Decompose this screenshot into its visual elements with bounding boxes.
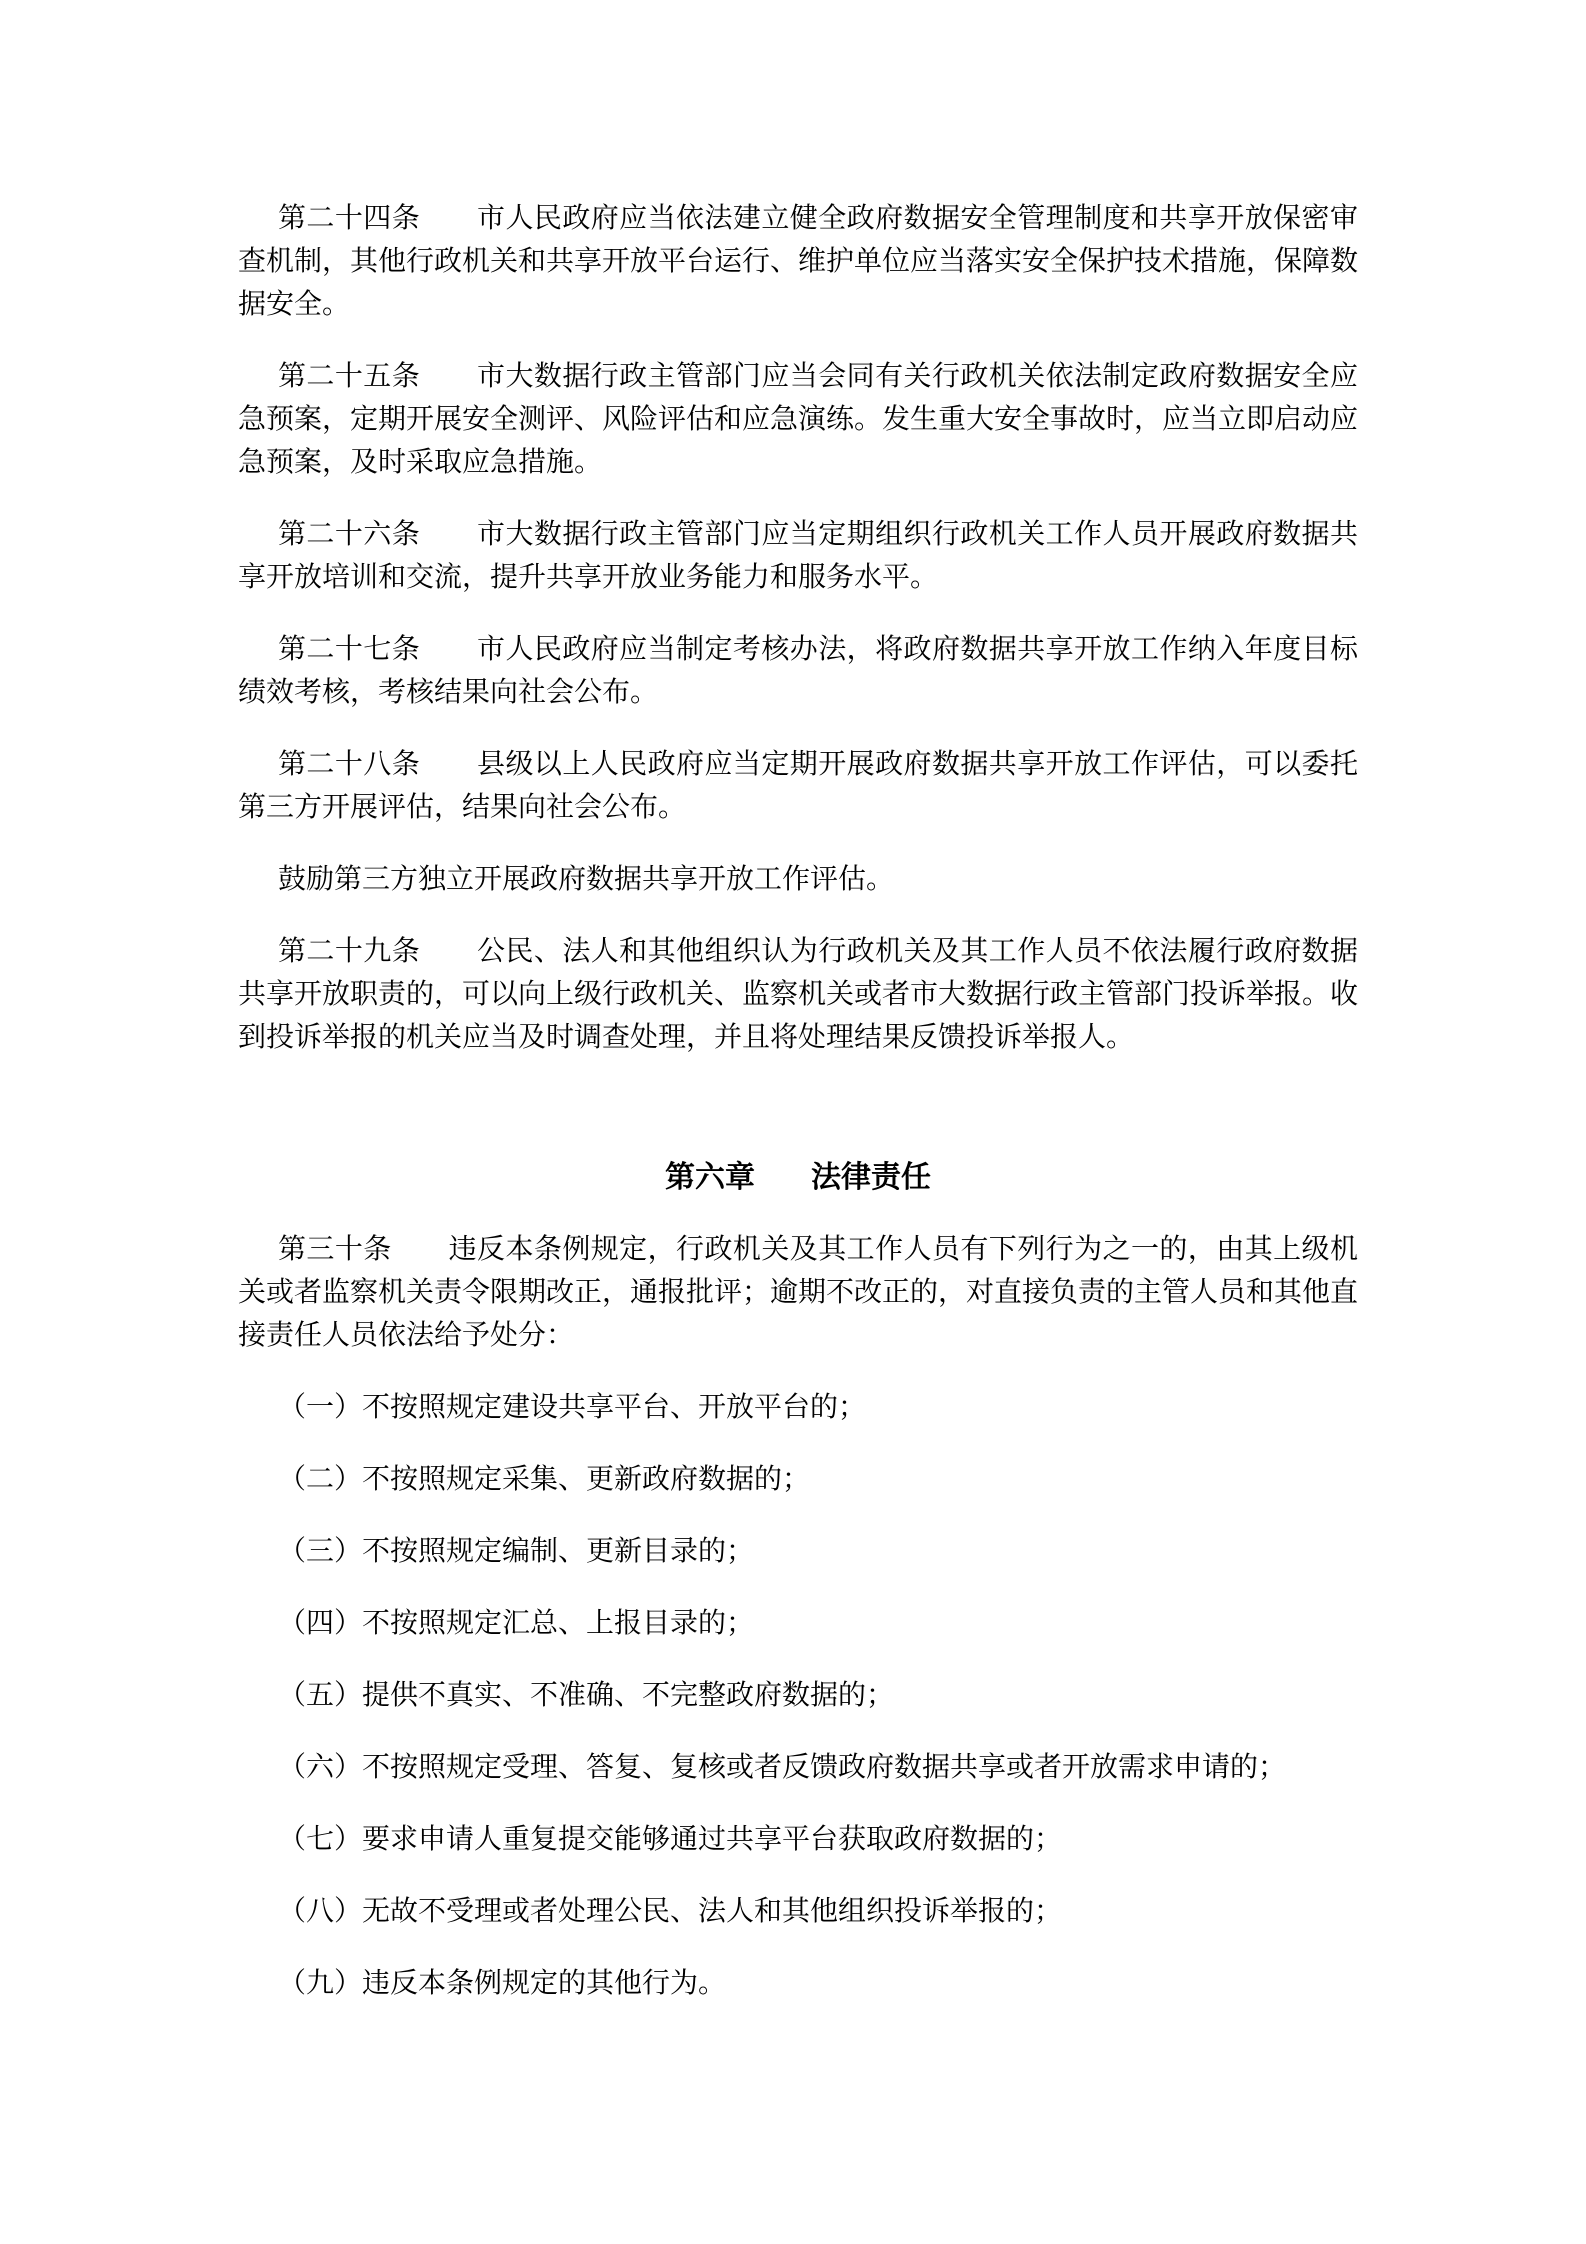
paragraph-article-28-encourage: 鼓励第三方独立开展政府数据共享开放工作评估。 (238, 858, 1358, 901)
list-item-8: （八）无故不受理或者处理公民、法人和其他组织投诉举报的； (238, 1890, 1358, 1933)
list-item-4: （四）不按照规定汇总、上报目录的； (238, 1602, 1358, 1645)
chapter-6-heading: 第六章法律责任 (238, 1156, 1358, 1199)
chapter-number: 第六章 (665, 1161, 755, 1194)
list-item-1: （一）不按照规定建设共享平台、开放平台的； (238, 1386, 1358, 1429)
paragraph-article-24: 第二十四条 市人民政府应当依法建立健全政府数据安全管理制度和共享开放保密审查机制… (238, 197, 1358, 326)
chapter-title: 法律责任 (811, 1161, 931, 1194)
list-item-7: （七）要求申请人重复提交能够通过共享平台获取政府数据的； (238, 1818, 1358, 1861)
paragraph-article-28: 第二十八条 县级以上人民政府应当定期开展政府数据共享开放工作评估，可以委托第三方… (238, 743, 1358, 829)
paragraph-article-26: 第二十六条 市大数据行政主管部门应当定期组织行政机关工作人员开展政府数据共享开放… (238, 513, 1358, 599)
paragraph-article-27: 第二十七条 市人民政府应当制定考核办法，将政府数据共享开放工作纳入年度目标绩效考… (238, 628, 1358, 714)
list-item-3: （三）不按照规定编制、更新目录的； (238, 1530, 1358, 1573)
paragraph-article-30: 第三十条 违反本条例规定，行政机关及其工作人员有下列行为之一的，由其上级机关或者… (238, 1228, 1358, 1357)
document-page: 第二十四条 市人民政府应当依法建立健全政府数据安全管理制度和共享开放保密审查机制… (0, 0, 1586, 2244)
paragraph-article-29: 第二十九条 公民、法人和其他组织认为行政机关及其工作人员不依法履行政府数据共享开… (238, 930, 1358, 1059)
list-item-6: （六）不按照规定受理、答复、复核或者反馈政府数据共享或者开放需求申请的； (238, 1746, 1358, 1789)
list-item-9: （九）违反本条例规定的其他行为。 (238, 1962, 1358, 2005)
list-item-5: （五）提供不真实、不准确、不完整政府数据的； (238, 1674, 1358, 1717)
list-item-2: （二）不按照规定采集、更新政府数据的； (238, 1458, 1358, 1501)
paragraph-article-25: 第二十五条 市大数据行政主管部门应当会同有关行政机关依法制定政府数据安全应急预案… (238, 355, 1358, 484)
